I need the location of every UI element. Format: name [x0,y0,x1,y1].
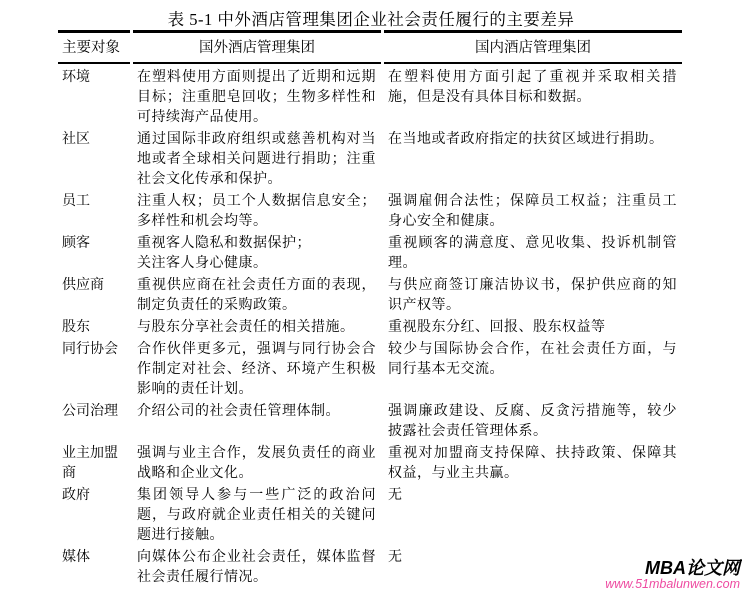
domestic-cell: 重视股东分红、回报、股东权益等 [384,318,682,340]
table-row-owners-franchisees: 业主加盟商 强调与业主合作，发展负责任的商业战略和企业文化。 重视对加盟商支持保… [58,444,682,486]
site-watermark: MBA论文网 www.51mbalunwen.com [605,559,740,591]
table-row-customers: 顾客 重视客人隐私和数据保护； 关注客人身心健康。 重视顾客的满意度、意见收集、… [58,234,682,276]
row-label: 同行协会 [58,340,130,402]
domestic-cell: 与供应商签订廉洁协议书，保护供应商的知识产权等。 [384,276,682,318]
foreign-cell: 集团领导人参与一些广泛的政治问题，与政府就企业责任相关的关键问题进行接触。 [133,486,381,548]
domestic-cell: 强调廉政建设、反腐、反贪污措施等，较少披露社会责任管理体系。 [384,402,682,444]
table-row-shareholders: 股东 与股东分享社会责任的相关措施。 重视股东分红、回报、股东权益等 [58,318,682,340]
table-row-industry-associations: 同行协会 合作伙伴更多元，强调与同行协会合作制定对社会、经济、环境产生积极影响的… [58,340,682,402]
table-row-environment: 环境 在塑料使用方面则提出了近期和远期目标；注重肥皂回收；生物多样性和可持续海产… [58,64,682,130]
domestic-cell: 无 [384,486,682,548]
foreign-cell: 强调与业主合作，发展负责任的商业战略和企业文化。 [133,444,381,486]
domestic-cell: 重视对加盟商支持保障、扶持政策、保障其权益，与业主共赢。 [384,444,682,486]
row-label: 社区 [58,130,130,192]
table-row-employees: 员工 注重人权；员工个人数据信息安全；多样性和机会均等。 强调雇佣合法性；保障员… [58,192,682,234]
row-label: 供应商 [58,276,130,318]
header-cell-domestic-groups: 国内酒店管理集团 [384,30,682,64]
row-label: 员工 [58,192,130,234]
table-caption: 表 5-1 中外酒店管理集团企业社会责任履行的主要差异 [0,0,742,30]
domestic-cell: 强调雇佣合法性；保障员工权益；注重员工身心安全和健康。 [384,192,682,234]
foreign-cell: 注重人权；员工个人数据信息安全；多样性和机会均等。 [133,192,381,234]
header-cell-subject: 主要对象 [58,30,130,64]
row-label: 业主加盟商 [58,444,130,486]
header-cell-foreign-groups: 国外酒店管理集团 [133,30,381,64]
row-label: 媒体 [58,548,130,592]
domestic-cell: 较少与国际协会合作，在社会责任方面，与同行基本无交流。 [384,340,682,402]
foreign-cell: 重视客人隐私和数据保护； 关注客人身心健康。 [133,234,381,276]
csr-comparison-table: 主要对象 国外酒店管理集团 国内酒店管理集团 环境 在塑料使用方面则提出了近期和… [55,30,685,592]
table-header-row: 主要对象 国外酒店管理集团 国内酒店管理集团 [58,30,682,64]
document-page: 表 5-1 中外酒店管理集团企业社会责任履行的主要差异 主要对象 国外酒店管理集… [0,0,742,592]
foreign-cell: 合作伙伴更多元，强调与同行协会合作制定对社会、经济、环境产生积极影响的责任计划。 [133,340,381,402]
domestic-cell: 在塑料使用方面引起了重视并采取相关措施，但是没有具体目标和数据。 [384,64,682,130]
row-label: 政府 [58,486,130,548]
watermark-brand: MBA论文网 [605,559,740,578]
table-row-corporate-governance: 公司治理 介绍公司的社会责任管理体制。 强调廉政建设、反腐、反贪污措施等，较少披… [58,402,682,444]
domestic-cell: 重视顾客的满意度、意见收集、投诉机制管理。 [384,234,682,276]
row-label: 公司治理 [58,402,130,444]
table-row-suppliers: 供应商 重视供应商在社会责任方面的表现，制定负责任的采购政策。 与供应商签订廉洁… [58,276,682,318]
foreign-cell: 介绍公司的社会责任管理体制。 [133,402,381,444]
table-row-community: 社区 通过国际非政府组织或慈善机构对当地或者全球相关问题进行捐助；注重社会文化传… [58,130,682,192]
foreign-cell: 通过国际非政府组织或慈善机构对当地或者全球相关问题进行捐助；注重社会文化传承和保… [133,130,381,192]
domestic-cell: 在当地或者政府指定的扶贫区域进行捐助。 [384,130,682,192]
foreign-cell: 向媒体公布企业社会责任，媒体监督社会责任履行情况。 [133,548,381,592]
row-label: 顾客 [58,234,130,276]
row-label: 股东 [58,318,130,340]
table-row-government: 政府 集团领导人参与一些广泛的政治问题，与政府就企业责任相关的关键问题进行接触。… [58,486,682,548]
foreign-cell: 在塑料使用方面则提出了近期和远期目标；注重肥皂回收；生物多样性和可持续海产品使用… [133,64,381,130]
watermark-url: www.51mbalunwen.com [605,578,740,591]
foreign-cell: 与股东分享社会责任的相关措施。 [133,318,381,340]
foreign-cell: 重视供应商在社会责任方面的表现，制定负责任的采购政策。 [133,276,381,318]
row-label: 环境 [58,64,130,130]
table-row-media: 媒体 向媒体公布企业社会责任，媒体监督社会责任履行情况。 无 [58,548,682,592]
